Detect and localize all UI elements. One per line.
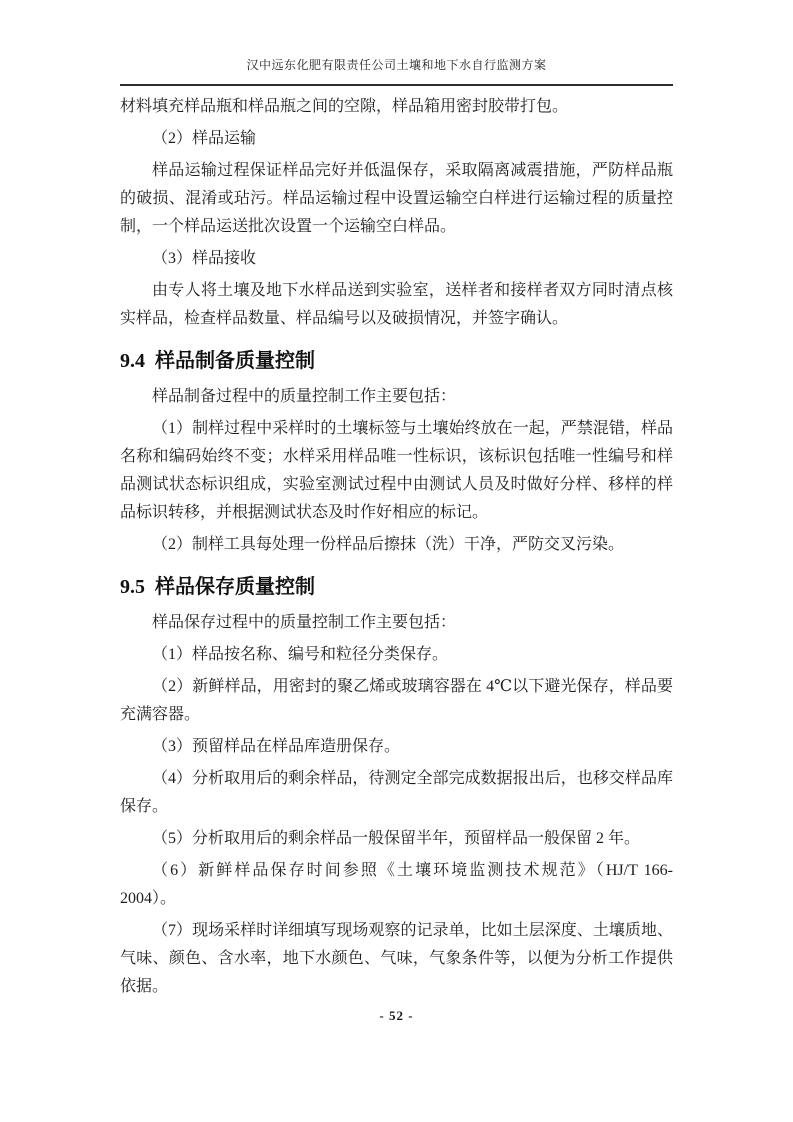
subitem-label-sample-transport: （2）样品运输 — [120, 125, 673, 153]
paragraph-sample-reception: 由专人将土壤及地下水样品送到实验室，送样者和接样者双方同时清点核实样品，检查样品… — [120, 277, 673, 333]
paragraph-storage-item-4: （4）分析取用后的剩余样品，待测定全部完成数据报出后，也移交样品库保存。 — [120, 765, 673, 821]
document-content: 材料填充样品瓶和样品瓶之间的空隙，样品箱用密封胶带打包。 （2）样品运输 样品运… — [120, 86, 673, 1001]
section-heading-9-4: 9.4样品制备质量控制 — [120, 347, 673, 375]
paragraph-prep-item-2: （2）制样工具每处理一份样品后擦抹（洗）干净，严防交叉污染。 — [120, 531, 673, 559]
paragraph-section-intro: 样品制备过程中的质量控制工作主要包括： — [120, 383, 673, 411]
section-heading-9-5: 9.5样品保存质量控制 — [120, 573, 673, 601]
page-footer: - 52 - — [0, 1008, 793, 1024]
page-header: 汉中远东化肥有限责任公司土壤和地下水自行监测方案 — [120, 0, 673, 86]
subitem-label-sample-reception: （3）样品接收 — [120, 245, 673, 273]
header-title: 汉中远东化肥有限责任公司土壤和地下水自行监测方案 — [120, 57, 673, 73]
page-number: - 52 - — [379, 1008, 413, 1023]
paragraph-prep-item-1: （1）制样过程中采样时的土壤标签与土壤始终放在一起，严禁混错，样品名称和编码始终… — [120, 415, 673, 527]
paragraph-sample-transport: 样品运输过程保证样品完好并低温保存，采取隔离减震措施，严防样品瓶的破损、混淆或玷… — [120, 157, 673, 241]
paragraph-storage-item-2: （2）新鲜样品，用密封的聚乙烯或玻璃容器在 4℃以下避光保存，样品要充满容器。 — [120, 673, 673, 729]
paragraph-continuation: 材料填充样品瓶和样品瓶之间的空隙，样品箱用密封胶带打包。 — [120, 93, 673, 121]
section-number: 9.5 — [120, 576, 145, 598]
section-title: 样品保存质量控制 — [155, 576, 315, 598]
paragraph-storage-item-7: （7）现场采样时详细填写现场观察的记录单，比如土层深度、土壤质地、气味、颜色、含… — [120, 917, 673, 1001]
paragraph-storage-item-6: （6）新鲜样品保存时间参照《土壤环境监测技术规范》（HJ/T 166-2004）… — [120, 857, 673, 913]
paragraph-storage-item-5: （5）分析取用后的剩余样品一般保留半年，预留样品一般保留 2 年。 — [120, 825, 673, 853]
document-page: 汉中远东化肥有限责任公司土壤和地下水自行监测方案 材料填充样品瓶和样品瓶之间的空… — [0, 0, 793, 1122]
section-number: 9.4 — [120, 350, 145, 372]
paragraph-storage-item-3: （3）预留样品在样品库造册保存。 — [120, 733, 673, 761]
paragraph-storage-item-1: （1）样品按名称、编号和粒径分类保存。 — [120, 641, 673, 669]
paragraph-section-intro: 样品保存过程中的质量控制工作主要包括： — [120, 609, 673, 637]
section-title: 样品制备质量控制 — [155, 350, 315, 372]
